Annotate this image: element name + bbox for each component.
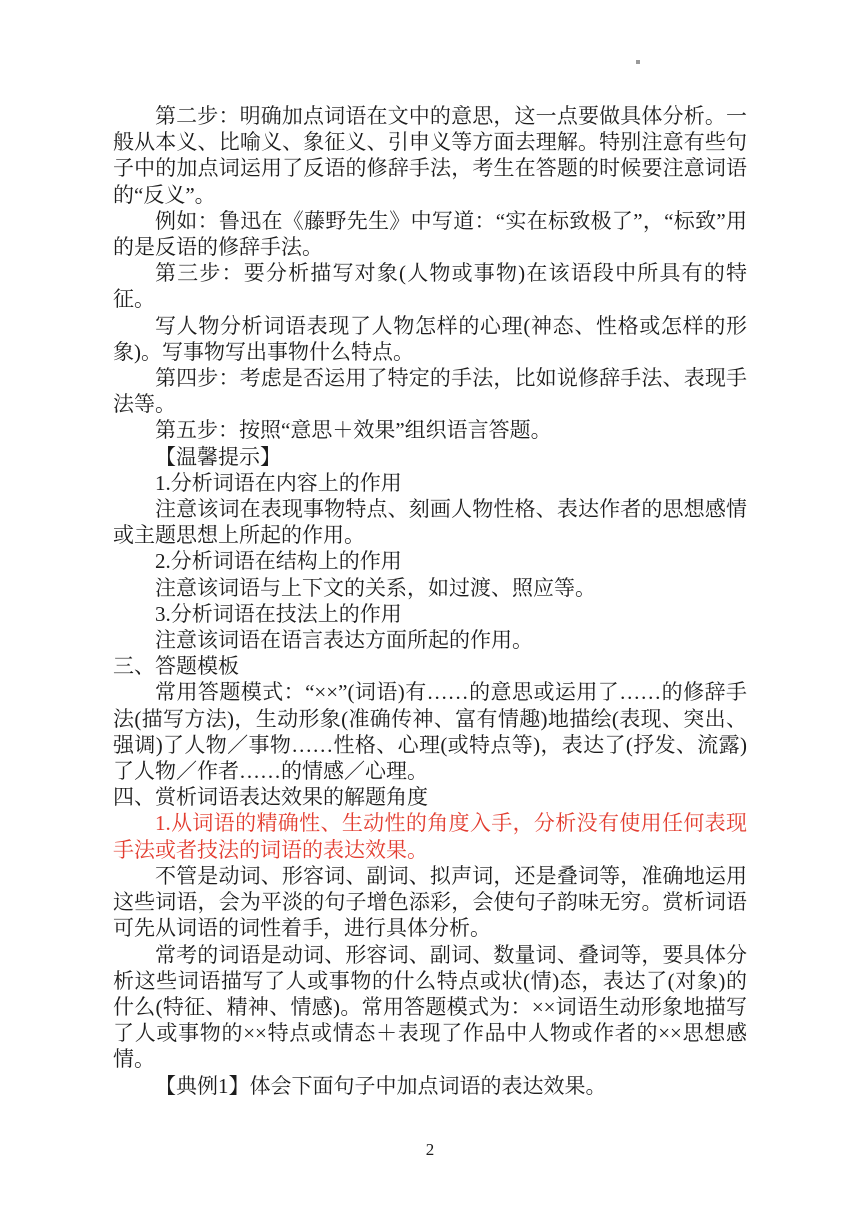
paragraph: 第五步：按照“意思＋效果”组织语言答题。 (113, 417, 747, 443)
paragraph: 第二步：明确加点词语在文中的意思，这一点要做具体分析。一般从本义、比喻义、象征义… (113, 103, 747, 208)
paragraph: 写人物分析词语表现了人物怎样的心理(神态、性格或怎样的形象)。写事物写出事物什么… (113, 313, 747, 365)
paragraph: 【温馨提示】 (113, 444, 747, 470)
paragraph: 常用答题模式：“××”(词语)有……的意思或运用了……的修辞手法(描写方法)，生… (113, 679, 747, 784)
paragraph: 1.从词语的精确性、生动性的角度入手，分析没有使用任何表现手法或者技法的词语的表… (113, 810, 747, 862)
paragraph: 常考的词语是动词、形容词、副词、数量词、叠词等，要具体分析这些词语描写了人或事物… (113, 942, 747, 1073)
paragraph: 【典例1】体会下面句子中加点词语的表达效果。 (113, 1073, 747, 1099)
paragraph: 1.分析词语在内容上的作用 (113, 470, 747, 496)
paragraph: 第四步：考虑是否运用了特定的手法，比如说修辞手法、表现手法等。 (113, 365, 747, 417)
paragraph: 例如：鲁迅在《藤野先生》中写道：“实在标致极了”，“标致”用的是反语的修辞手法。 (113, 208, 747, 260)
paragraph: 注意该词在表现事物特点、刻画人物性格、表达作者的思想感情或主题思想上所起的作用。 (113, 496, 747, 548)
paragraph: 三、答题模板 (113, 653, 747, 679)
paragraph: 四、赏析词语表达效果的解题角度 (113, 784, 747, 810)
stray-dot-artifact (636, 60, 640, 64)
page-number: 2 (0, 1140, 860, 1160)
paragraph: 不管是动词、形容词、副词、拟声词，还是叠词等，准确地运用这些词语，会为平淡的句子… (113, 863, 747, 942)
paragraph: 2.分析词语在结构上的作用 (113, 548, 747, 574)
document-body: 第二步：明确加点词语在文中的意思，这一点要做具体分析。一般从本义、比喻义、象征义… (113, 103, 747, 1099)
paragraph: 第三步：要分析描写对象(人物或事物)在该语段中所具有的特征。 (113, 260, 747, 312)
document-page: 第二步：明确加点词语在文中的意思，这一点要做具体分析。一般从本义、比喻义、象征义… (0, 0, 860, 1216)
paragraph: 注意该词语与上下文的关系，如过渡、照应等。 (113, 575, 747, 601)
paragraph: 注意该词语在语言表达方面所起的作用。 (113, 627, 747, 653)
paragraph: 3.分析词语在技法上的作用 (113, 601, 747, 627)
